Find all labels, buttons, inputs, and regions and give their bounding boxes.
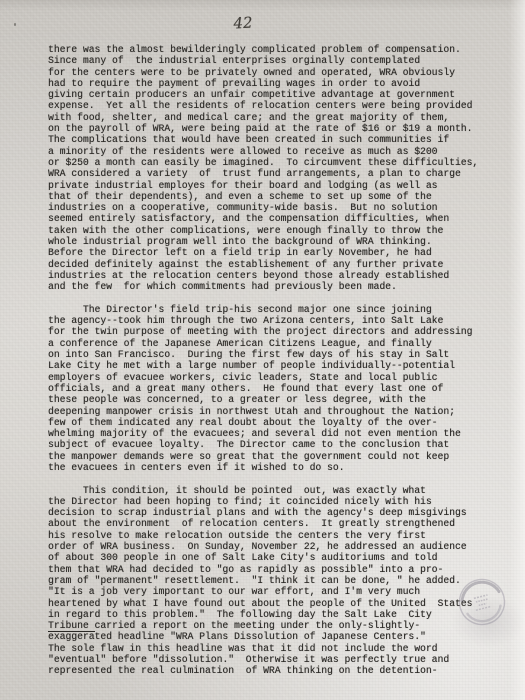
text-line: Since many of the industrial enterprises… [48, 55, 478, 66]
page-number: 42 [0, 1, 486, 44]
blank-line [48, 293, 478, 304]
text-line: for the twin purpose of meeting with the… [48, 326, 478, 337]
text-line: giving certain producers an unfair compe… [48, 89, 478, 100]
text-line: represented the real culmination of WRA … [48, 665, 478, 676]
document-page: 42 there was the almost bewilderingly co… [0, 0, 525, 700]
text-line: officials, and a great many others. He f… [48, 383, 478, 394]
text-line: the manpower demands were so great that … [48, 451, 478, 462]
text-line: subject of evacuee loyalty. The Director… [48, 439, 478, 450]
text-line: with food, shelter, and medical care; an… [48, 112, 478, 123]
text-line: whelming majority of the evacuees; and s… [48, 428, 478, 439]
text-line: order of WRA business. On Sunday, Novemb… [48, 541, 478, 552]
text-line: seemed entirely satisfactory, and the co… [48, 213, 478, 224]
text-line: The Director's field trip-his second maj… [48, 304, 478, 315]
text-line: private industrial employes for their bo… [48, 180, 478, 191]
text-line: heartened by what I have found out about… [48, 598, 478, 609]
text-line: few of them indicated any real doubt abo… [48, 417, 478, 428]
text-line: decided definitely against the establish… [48, 259, 478, 270]
text-line: Lake City he met with a large number of … [48, 360, 478, 371]
text-line: on into San Francisco. During the first … [48, 349, 478, 360]
text-line: the Director had been hoping to find; it… [48, 496, 478, 507]
text-line: gram of "permanent" resettlement. "I thi… [48, 575, 478, 586]
text-line: whole industrial program well into the b… [48, 236, 478, 247]
text-line: the agency--took him through the two Ari… [48, 315, 478, 326]
text-line: Tribune carried a report on the meeting … [48, 620, 478, 631]
text-line: industries at the relocation centers bey… [48, 270, 478, 281]
text-line: The sole flaw in this headline was that … [48, 643, 478, 654]
blank-line [48, 473, 478, 484]
text-line: a minority of the residents were allowed… [48, 146, 478, 157]
text-line: these people was concerned, to a greater… [48, 394, 478, 405]
text-line: for the centers were to be privately own… [48, 67, 478, 78]
text-line: industries on a cooperative, community-w… [48, 202, 478, 213]
text-line: there was the almost bewilderingly compl… [48, 44, 478, 55]
scan-edge-highlight [509, 0, 525, 700]
text-line: of about 300 people in one of Salt Lake … [48, 552, 478, 563]
text-line: "It is a job very important to our war e… [48, 586, 478, 597]
text-line: deepening manpower crisis in northwest U… [48, 406, 478, 417]
text-line: decision to scrap industrial plans and w… [48, 507, 478, 518]
text-line: Before the Director left on a field trip… [48, 247, 478, 258]
text-line: about the environment of relocation cent… [48, 518, 478, 529]
text-line: exaggerated headline "WRA Plans Dissolut… [48, 631, 478, 642]
text-line: expense. Yet all the residents of reloca… [48, 100, 478, 111]
text-line: that of their dependents), and even a sc… [48, 191, 478, 202]
underlined-word: Tribune [48, 620, 95, 632]
text-line: them that WRA had decided to "go as rapi… [48, 564, 478, 575]
text-line: and the few for which commitments had pr… [48, 281, 478, 292]
text-line: employers of evacuee workers, civic lead… [48, 372, 478, 383]
text-line: his resolve to make relocation outside t… [48, 530, 478, 541]
document-body: there was the almost bewilderingly compl… [48, 44, 478, 677]
text-line: in regard to this problem." The followin… [48, 609, 478, 620]
text-line: a conference of the Japanese American Ci… [48, 338, 478, 349]
text-line: The complications that would have been c… [48, 134, 478, 145]
text-line: the evacuees in centers even if it wishe… [48, 462, 478, 473]
text-line: This condition, it should be pointed out… [48, 485, 478, 496]
text-line: WRA considered a variety of trust fund a… [48, 168, 478, 179]
text-line: or $250 a month can easily be imagined. … [48, 157, 478, 168]
text-line: "eventual" before "dissolution." Otherwi… [48, 654, 478, 665]
text-line: taken with the other complications, were… [48, 225, 478, 236]
text-line: had to require the payment of prevailing… [48, 78, 478, 89]
text-line: on the payroll of WRA, were being paid a… [48, 123, 478, 134]
